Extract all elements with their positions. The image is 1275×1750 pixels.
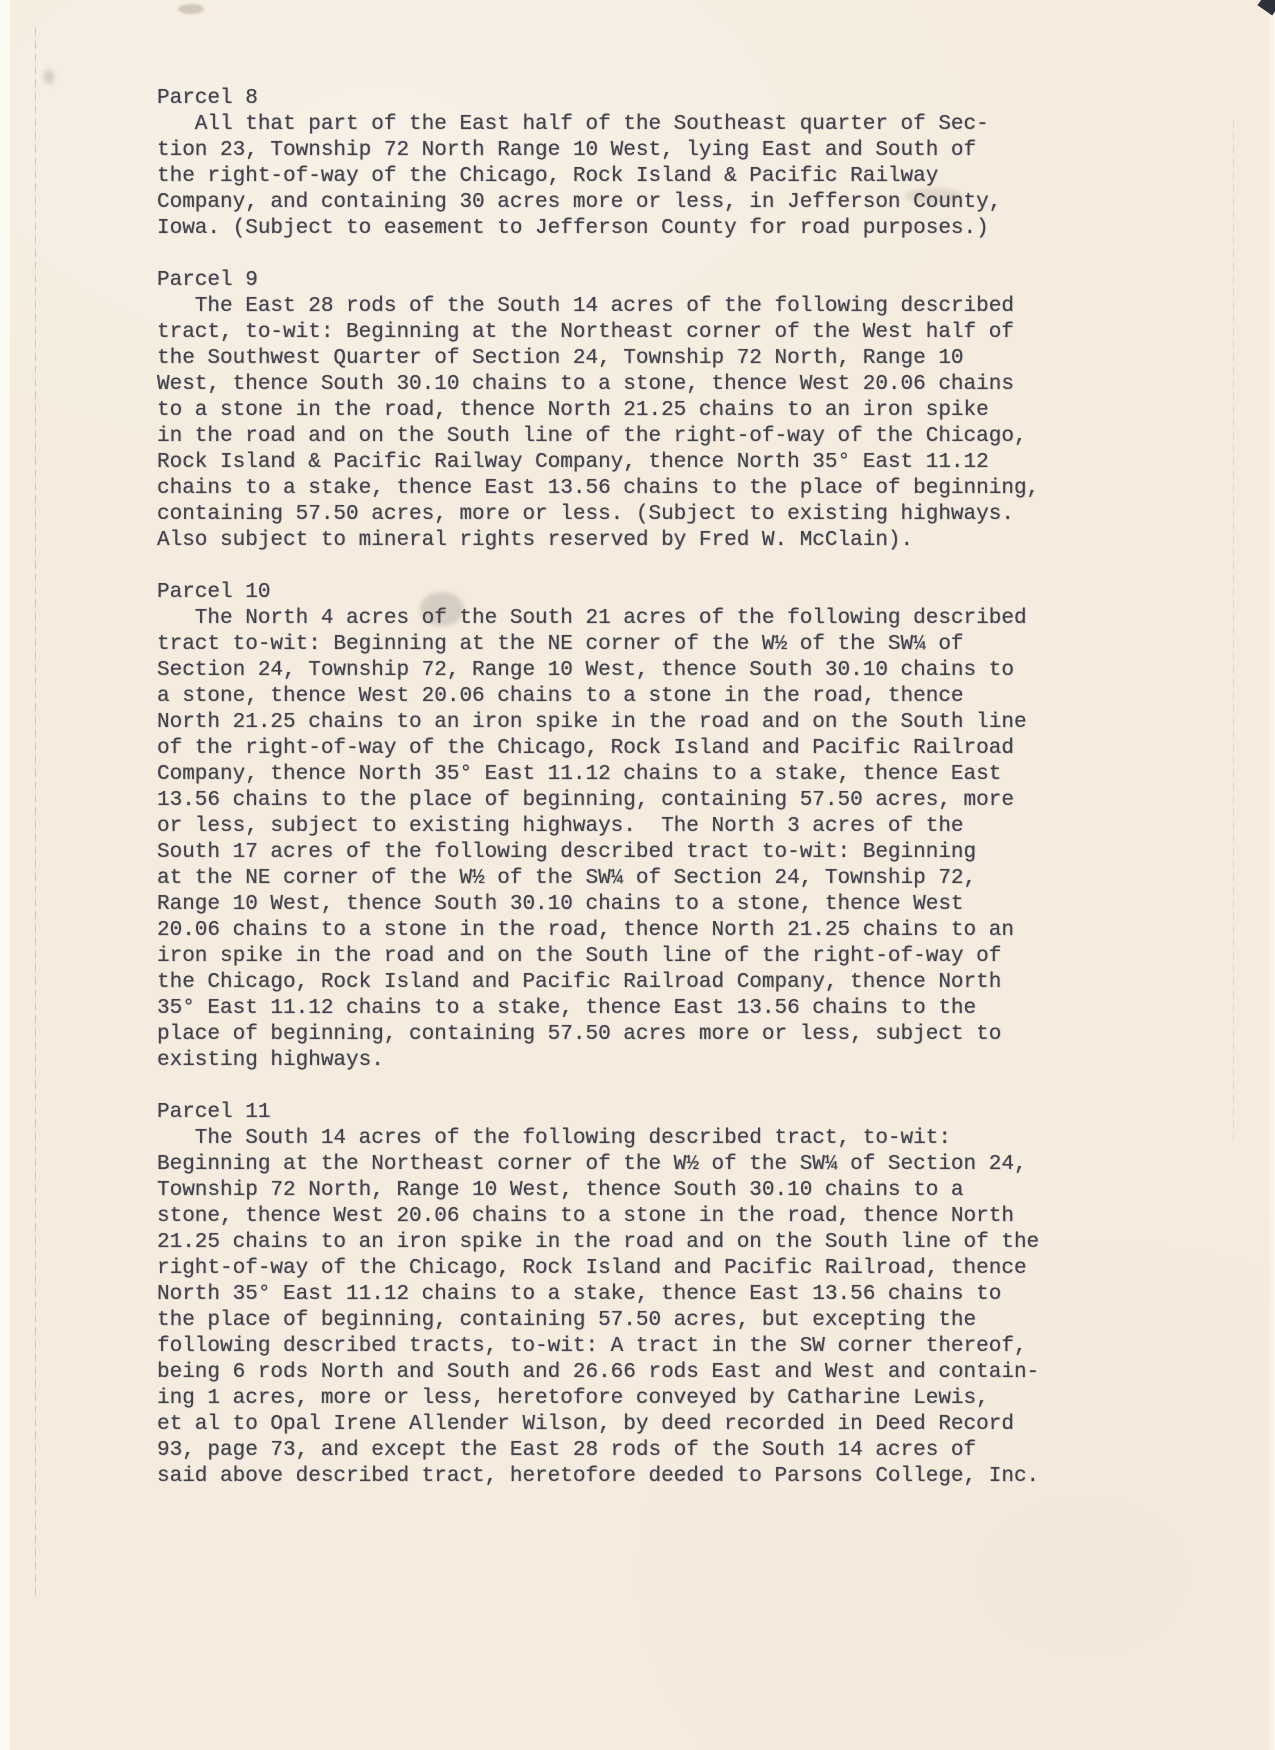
parcel-heading: Parcel 11 <box>157 1100 1107 1126</box>
paper-edge-right <box>1268 0 1275 1750</box>
parcel-body: The North 4 acres of the South 21 acres … <box>157 606 1107 1074</box>
parcel-section-9: Parcel 9 The East 28 rods of the South 1… <box>157 268 1107 554</box>
ink-smudge <box>44 70 54 84</box>
paper-edge-left <box>0 0 10 1750</box>
paper-crease-right <box>1233 120 1234 1140</box>
parcel-section-11: Parcel 11 The South 14 acres of the foll… <box>157 1100 1107 1490</box>
parcel-heading: Parcel 8 <box>157 86 1107 112</box>
document-content: Parcel 8 All that part of the East half … <box>157 86 1107 1516</box>
parcel-body: The South 14 acres of the following desc… <box>157 1126 1107 1490</box>
parcel-heading: Parcel 9 <box>157 268 1107 294</box>
ink-smudge <box>178 4 204 14</box>
parcel-body: The East 28 rods of the South 14 acres o… <box>157 294 1107 554</box>
parcel-body: All that part of the East half of the So… <box>157 112 1107 242</box>
scanned-document-page: Parcel 8 All that part of the East half … <box>0 0 1275 1750</box>
parcel-section-8: Parcel 8 All that part of the East half … <box>157 86 1107 242</box>
paper-crease-left <box>35 28 36 1598</box>
scan-corner-artifact <box>1257 0 1275 16</box>
parcel-heading: Parcel 10 <box>157 580 1107 606</box>
parcel-section-10: Parcel 10 The North 4 acres of the South… <box>157 580 1107 1074</box>
